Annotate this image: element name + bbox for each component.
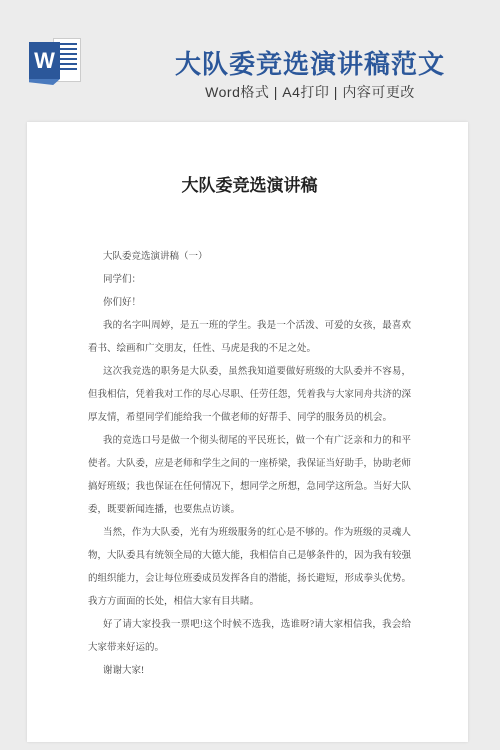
doc-line-icon	[58, 43, 77, 45]
doc-line-icon	[58, 63, 77, 65]
doc-paragraph: 大队委竞选演讲稿（一）	[88, 246, 411, 269]
doc-paragraph: 好了请大家投我一票吧!这个时候不选我，选谁呀?请大家相信我，我会给大家带来好运的…	[88, 614, 411, 660]
page-background: W 大队委竞选演讲稿范文 Word格式 | A4打印 | 内容可更改 大队委竞选…	[0, 0, 500, 750]
doc-paragraph: 我的名字叫周婷，是五一班的学生。我是一个活泼、可爱的女孩，最喜欢看书、绘画和广交…	[88, 315, 411, 361]
doc-paragraph: 我的竞选口号是做一个彻头彻尾的平民班长，做一个有广泛亲和力的和平使者。大队委，应…	[88, 430, 411, 522]
document-title: 大队委竞选演讲稿	[88, 174, 411, 197]
page-subtitle: Word格式 | A4打印 | 内容可更改	[120, 82, 500, 102]
doc-line-icon	[58, 53, 77, 55]
word-icon: W	[29, 37, 81, 86]
document-page: 大队委竞选演讲稿 大队委竞选演讲稿（一）同学们：你们好！我的名字叫周婷，是五一班…	[27, 122, 468, 742]
doc-paragraph: 你们好！	[88, 292, 411, 315]
doc-paragraph: 同学们：	[88, 269, 411, 292]
doc-line-icon	[58, 48, 77, 50]
word-icon-fold	[29, 79, 60, 85]
doc-paragraph: 谢谢大家!	[88, 660, 411, 683]
document-paragraphs: 大队委竞选演讲稿（一）同学们：你们好！我的名字叫周婷，是五一班的学生。我是一个活…	[88, 246, 411, 683]
doc-line-icon	[58, 58, 77, 60]
document-content: 大队委竞选演讲稿 大队委竞选演讲稿（一）同学们：你们好！我的名字叫周婷，是五一班…	[27, 122, 468, 683]
doc-paragraph: 当然，作为大队委，光有为班级服务的红心是不够的。作为班级的灵魂人物，大队委具有统…	[88, 522, 411, 614]
doc-line-icon	[58, 68, 77, 70]
page-title: 大队委竞选演讲稿范文	[120, 44, 500, 81]
doc-paragraph: 这次我竞选的职务是大队委，虽然我知道要做好班级的大队委并不容易，但我相信，凭着我…	[88, 361, 411, 430]
word-icon-letter: W	[29, 42, 60, 79]
